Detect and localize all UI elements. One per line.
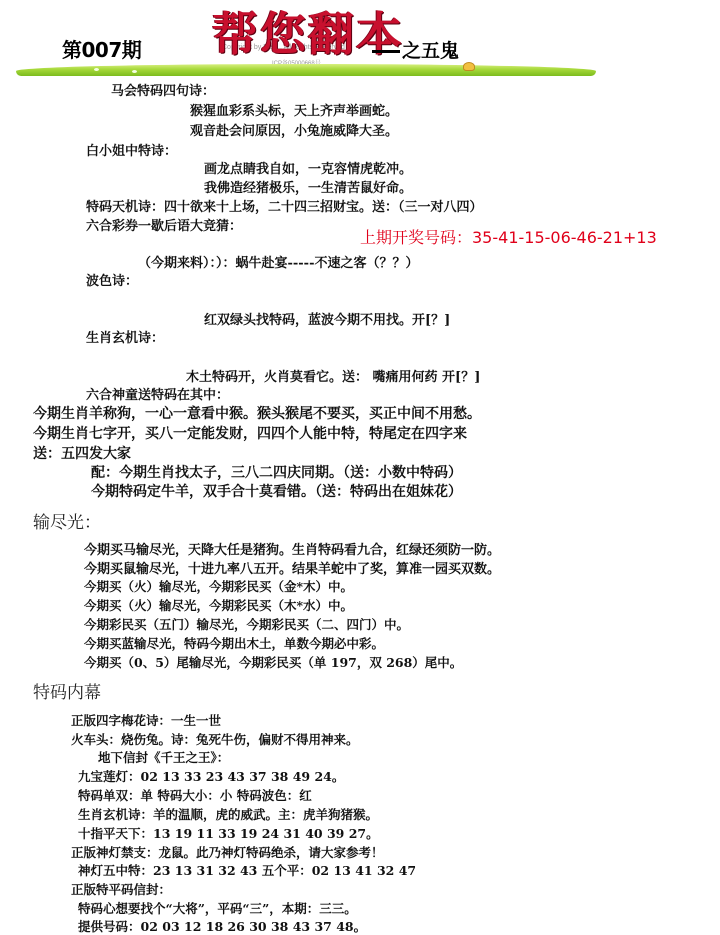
shentong-extra-2: 今期特码定牛羊，双手合十莫看错。（送：特码出在姐妹花） [91, 481, 462, 501]
inside-line-6: 生肖玄机诗：羊的温顺，虎的威武。主：虎羊狗猪猴。 [78, 805, 378, 823]
zodiac-poem-line: 木土特码开，火肖莫看它。送： 嘴痛用何药 开[？] [186, 366, 480, 385]
shentong-line-3: 送：五四发大家 [33, 443, 131, 463]
inside-line-2: 火车头：烧伤兔。诗：兔死牛伤，偏财不得用神来。 [71, 730, 359, 748]
inside-line-10: 正版特平码信封： [71, 880, 171, 898]
tianji-poem: 特码天机诗：四十欲来十上场，二十四三招财宝。送：（三一对八四） [86, 196, 483, 215]
lose-all-line-4: 今期买（火）输尽光，今期彩民买（木*水）中。 [84, 596, 353, 614]
lose-all-line-1: 今期买马输尽光，天降大任是猪狗。生肖特码看九合，红绿还须防一防。 [84, 539, 500, 558]
shentong-label: 六合神童送特码在其中： [86, 384, 229, 403]
issue-number: 第007期 [62, 34, 141, 63]
inside-line-3: 地下信封《千王之王》： [98, 748, 229, 766]
section-title-lose-all: 输尽光： [33, 508, 101, 533]
lose-all-line-3: 今期买（火）输尽光，今期彩民买（金*木）中。 [84, 577, 353, 595]
wave-poem-label: 波色诗： [86, 270, 138, 289]
banner-subtitle: 之五鬼 [372, 36, 459, 63]
lose-all-line-6: 今期买蓝输尽光，特码今期出木土，单数今期必中彩。 [84, 634, 384, 652]
horse-poem-label: 马会特码四句诗： [111, 80, 215, 99]
inside-line-9: 神灯五中特：23 13 31 32 43 五个平：02 13 41 32 47 [78, 861, 416, 879]
inside-line-4: 九宝莲灯：02 13 33 23 43 37 38 49 24。 [78, 767, 344, 785]
inside-line-5: 特码单双：单 特码大小：小 特码波色：红 [78, 786, 312, 804]
horse-poem-line-2: 观音赴会问原因，小兔施威降大圣。 [190, 120, 398, 139]
wave-poem-line: 红双绿头找特码，蓝波今期不用找。开[？] [204, 309, 450, 328]
inside-line-8: 正版神灯禁支：龙鼠。此乃神灯特码绝杀，请大家参考！ [71, 843, 384, 861]
inside-line-11: 特码心想要找个“大将”，平码“三”，本期：三三。 [78, 899, 357, 917]
grass-highlight [132, 70, 137, 73]
mascot-icon [463, 62, 475, 71]
inside-line-1: 正版四字梅花诗：一生一世 [71, 711, 221, 729]
lose-all-line-2: 今期买鼠输尽光，十进九率八五开。结果羊蛇中了奖，算准一园买双数。 [84, 558, 500, 577]
last-draw-numbers: 上期开奖号码：35-41-15-06-46-21+13 [360, 225, 657, 248]
miss-bai-line-1: 画龙点睛我自如，一克容情虎乾冲。 [204, 158, 412, 177]
inside-line-7: 十指平天下：13 19 11 33 19 24 31 40 39 27。 [78, 824, 379, 842]
section-title-inside: 特码内幕 [33, 678, 101, 703]
banner-subtitle-text: 之五鬼 [402, 40, 459, 62]
xiehouyu-answer: （今期来料）：）：蜗牛赴宴-----不速之客（？？） [138, 252, 418, 271]
shentong-line-2: 今期生肖七字开，买八一定能发财，四四个人能中特，特尾定在四字来 [33, 423, 467, 443]
lose-all-line-7: 今期买（0、5）尾输尽光，今期彩民买（单 197，双 268）尾中。 [84, 653, 462, 671]
dash-divider [372, 50, 400, 53]
inside-line-12: 提供号码：02 03 12 18 26 30 38 43 37 48。 [78, 917, 366, 935]
grass-banner-divider [16, 64, 596, 76]
horse-poem-line-1: 猴猩血彩系头标，天上齐声举画蛇。 [190, 100, 398, 119]
miss-bai-label: 白小姐中特诗： [86, 140, 177, 159]
zodiac-poem-label: 生肖玄机诗： [86, 327, 164, 346]
shentong-extra-1: 配：今期生肖找太子，三八二四庆同期。（送：小数中特码） [91, 462, 462, 482]
shentong-line-1: 今期生肖羊称狗，一心一意看中猴。猴头猴尾不要买，买正中间不用愁。 [33, 403, 481, 423]
xiehouyu-label: 六合彩券一歇后语大竞猜： [86, 215, 242, 234]
lose-all-line-5: 今期彩民买（五门）输尽光，今期彩民买（二、四门）中。 [84, 615, 409, 633]
grass-highlight [94, 68, 99, 71]
miss-bai-line-2: 我佛造经猪极乐，一生清苦鼠好命。 [204, 177, 412, 196]
